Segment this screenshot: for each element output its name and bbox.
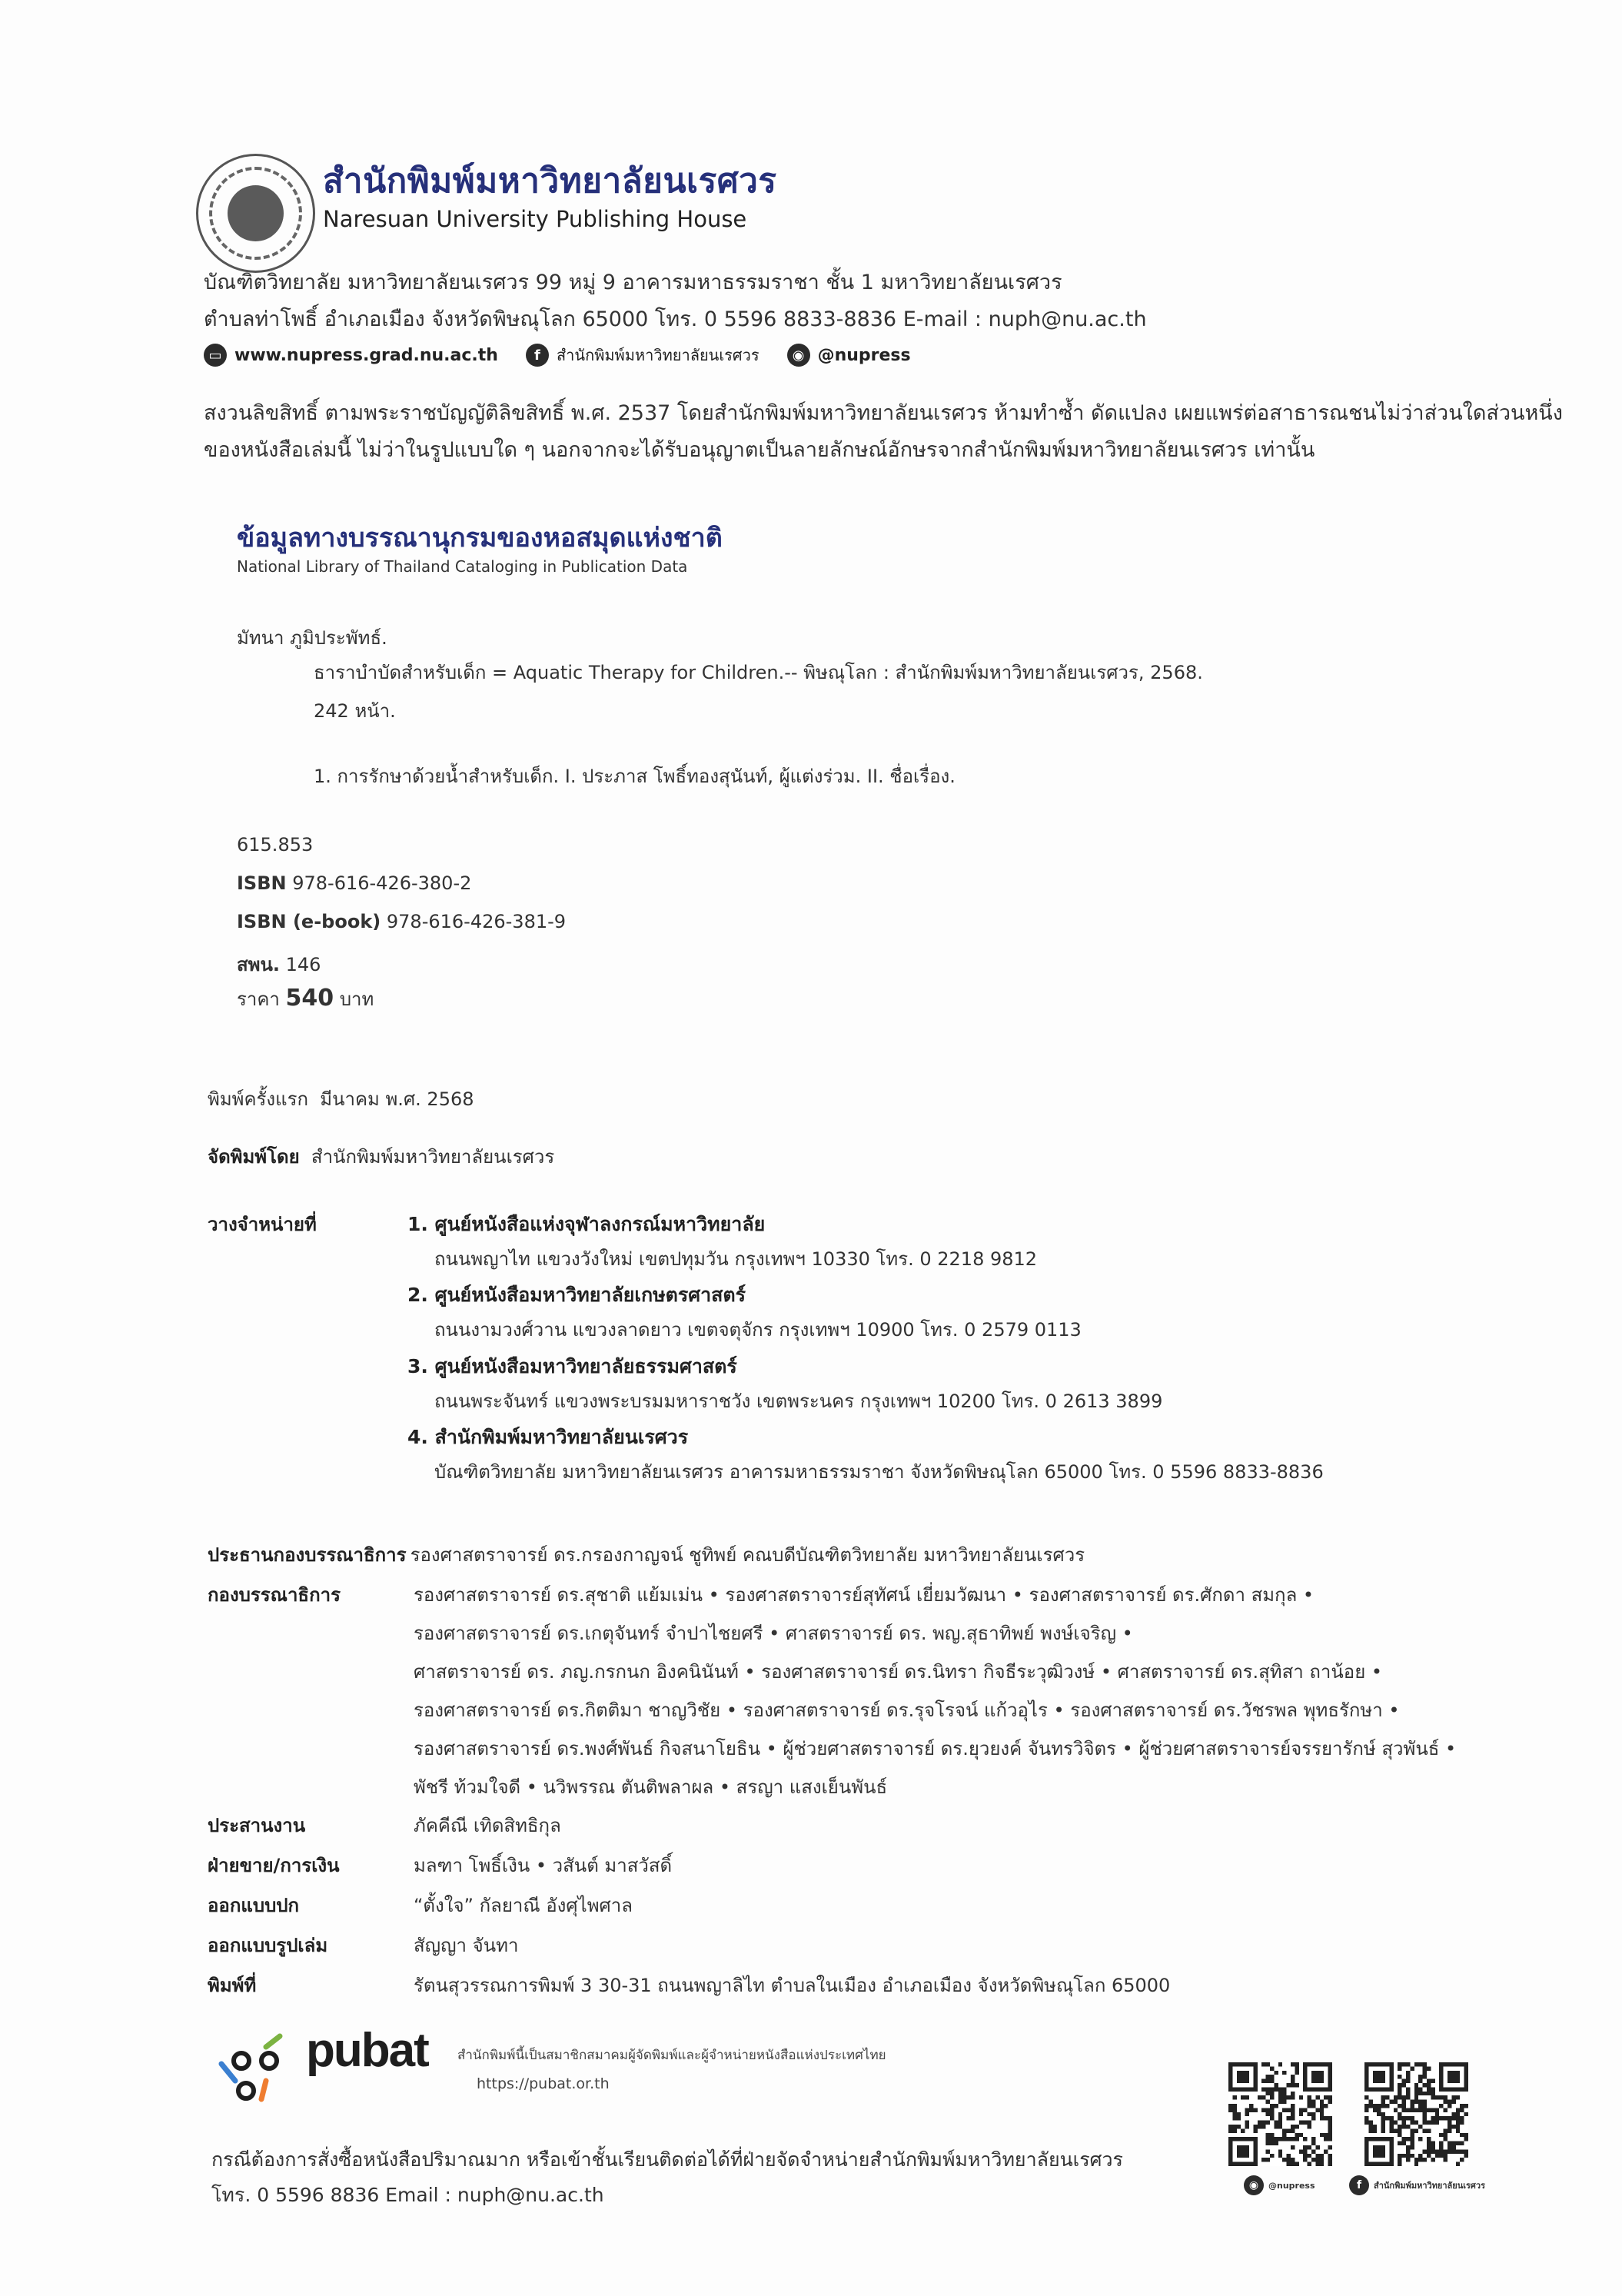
credit-value: “ตั้งใจ” กัลยาณี อังศุไพศาล — [414, 1890, 633, 1920]
line-icon: ◉ — [1244, 2175, 1264, 2195]
editorial-board-line: ศาสตราจารย์ ดร. ภญ.กรกนก อิงคนินันท์ • ร… — [414, 1656, 1382, 1686]
facebook-icon: f — [1349, 2175, 1369, 2195]
bulk-order-note: กรณีต้องการสั่งซื้อหนังสือปริมาณมาก หรือ… — [211, 2145, 1123, 2175]
isbn-ebook: ISBN (e-book) 978-616-426-381-9 — [237, 911, 566, 932]
bulk-order-contact: โทร. 0 5596 8836 Email : nuph@nu.ac.th — [211, 2180, 604, 2211]
price: ราคา 540 บาท — [237, 984, 374, 1014]
isbn-label: ISBN — [237, 872, 287, 894]
nu-label: สพน. — [237, 954, 280, 975]
isbn-value: 978-616-426-380-2 — [292, 872, 471, 894]
distributor-1-name: 1. ศูนย์หนังสือแห่งจุฬาลงกรณ์มหาวิทยาลัย — [407, 1209, 765, 1240]
credit-label: ประสานงาน — [208, 1810, 305, 1840]
publisher-name-en: Naresuan University Publishing House — [323, 206, 746, 232]
credit-label: ออกแบบรูปเล่ม — [208, 1930, 327, 1960]
edition: พิมพ์ครั้งแรก มีนาคม พ.ศ. 2568 — [208, 1084, 474, 1114]
published-by: จัดพิมพ์โดย สำนักพิมพ์มหาวิทยาลัยนเรศวร — [208, 1141, 554, 1171]
pubat-description: สำนักพิมพ์นี้เป็นสมาชิกสมาคมผู้จัดพิมพ์แ… — [457, 2045, 886, 2065]
copyright-notice-line2: ของหนังสือเล่มนี้ ไม่ว่าในรูปแบบใด ๆ นอก… — [204, 433, 1315, 466]
distributor-4-address: บัณฑิตวิทยาลัย มหาวิทยาลัยนเรศวร อาคารมห… — [434, 1457, 1324, 1487]
credit-value: รัตนสุวรรณการพิมพ์ 3 30-31 ถนนพญาลิไท ตำ… — [414, 1970, 1170, 2000]
distributor-4-name: 4. สำนักพิมพ์มหาวิทยาลัยนเรศวร — [407, 1422, 688, 1453]
isbn-ebook-value: 978-616-426-381-9 — [387, 911, 566, 932]
qr-code-facebook[interactable] — [1364, 2062, 1468, 2166]
editorial-board-label: กองบรรณาธิการ — [208, 1580, 341, 1610]
facebook-icon: f — [526, 344, 549, 367]
pubat-url[interactable]: https://pubat.or.th — [477, 2075, 610, 2092]
editorial-board-line: รองศาสตราจารย์ ดร.กิตติมา ชาญวิชัย • รอง… — [414, 1695, 1399, 1725]
nu-value: 146 — [286, 954, 321, 975]
pubat-logo-icon — [215, 2033, 300, 2102]
publisher-name-th: สำนักพิมพ์มหาวิทยาลัยนเรศวร — [323, 154, 776, 208]
publisher-address-line2: ตำบลท่าโพธิ์ อำเภอเมือง จังหวัดพิษณุโลก … — [204, 302, 1147, 335]
line-link[interactable]: @nupress — [818, 346, 911, 365]
editorial-board-line: รองศาสตราจารย์ ดร.สุชาติ แย้มเม่น • รองศ… — [414, 1580, 1314, 1610]
credit-value: ภัคคีณี เทิดสิทธิกุล — [414, 1810, 561, 1840]
credit-value: สัญญา จันทา — [414, 1930, 518, 1960]
qr-caption-line: ◉ @nupress — [1244, 2175, 1315, 2195]
credit-label: ออกแบบปก — [208, 1890, 299, 1920]
line-icon: ◉ — [787, 344, 810, 367]
editorial-chair-value: รองศาสตราจารย์ ดร.กรองกาญจน์ ชูทิพย์ คณบ… — [410, 1544, 1085, 1566]
cip-subjects: 1. การรักษาด้วยน้ำสำหรับเด็ก. I. ประภาส … — [314, 761, 956, 791]
cip-author: มัทนา ภูมิประพัทธ์. — [237, 623, 387, 653]
editorial-board-line: รองศาสตราจารย์ ดร.เกตุจันทร์ จำปาไชยศรี … — [414, 1618, 1133, 1648]
cip-title-th: ข้อมูลทางบรรณานุกรมของหอสมุดแห่งชาติ — [237, 517, 723, 558]
distributor-1-address: ถนนพญาไท แขวงวังใหม่ เขตปทุมวัน กรุงเทพฯ… — [434, 1244, 1037, 1274]
cip-title-line: ธาราบำบัดสำหรับเด็ก = Aquatic Therapy fo… — [314, 657, 1203, 687]
credit-value: มลฑา โพธิ์เงิน • วสันต์ มาสวัสดิ์ — [414, 1850, 672, 1880]
pubat-wordmark: pubat — [306, 2023, 428, 2078]
edition-label: พิมพ์ครั้งแรก — [208, 1088, 308, 1110]
cip-pages: 242 หน้า. — [314, 696, 396, 726]
edition-date: มีนาคม พ.ศ. 2568 — [320, 1088, 474, 1110]
distributor-3-address: ถนนพระจันทร์ แขวงพระบรมมหาราชวัง เขตพระน… — [434, 1386, 1162, 1416]
nu-number: สพน. 146 — [237, 949, 321, 979]
social-links: ▭ www.nupress.grad.nu.ac.th f สำนักพิมพ์… — [204, 343, 911, 367]
publisher-address-line1: บัณฑิตวิทยาลัย มหาวิทยาลัยนเรศวร 99 หมู่… — [204, 265, 1062, 298]
facebook-link[interactable]: สำนักพิมพ์มหาวิทยาลัยนเรศวร — [557, 343, 759, 367]
website-link[interactable]: www.nupress.grad.nu.ac.th — [234, 346, 498, 365]
isbn-print: ISBN 978-616-426-380-2 — [237, 872, 471, 894]
isbn-ebook-label: ISBN (e-book) — [237, 911, 381, 932]
distributor-2-name: 2. ศูนย์หนังสือมหาวิทยาลัยเกษตรศาสตร์ — [407, 1280, 746, 1311]
credit-label: ฝ่ายขาย/การเงิน — [208, 1850, 340, 1880]
editorial-chair: ประธานกองบรรณาธิการ รองศาสตราจารย์ ดร.กร… — [208, 1540, 1085, 1570]
price-value: 540 — [286, 985, 334, 1012]
credit-label: พิมพ์ที่ — [208, 1970, 256, 2000]
publisher-seal-logo — [196, 154, 315, 273]
distributor-3-name: 3. ศูนย์หนังสือมหาวิทยาลัยธรรมศาสตร์ — [407, 1351, 737, 1382]
cip-classification: 615.853 — [237, 834, 313, 856]
editorial-board-line: รองศาสตราจารย์ ดร.พงศ์พันธ์ กิจสนาโยธิน … — [414, 1733, 1456, 1763]
qr-code-line[interactable] — [1228, 2062, 1332, 2166]
website-icon: ▭ — [204, 344, 227, 367]
cip-title-en: National Library of Thailand Cataloging … — [237, 557, 687, 576]
price-label: ราคา — [237, 989, 280, 1010]
editorial-board-line: พัชรี ท้วมใจดี • นวิพรรณ ตันติพลาผล • สร… — [414, 1772, 887, 1802]
published-by-value: สำนักพิมพ์มหาวิทยาลัยนเรศวร — [311, 1146, 554, 1168]
qr-caption-facebook: f สำนักพิมพ์มหาวิทยาลัยนเรศวร — [1349, 2175, 1485, 2195]
copyright-notice-line1: สงวนลิขสิทธิ์ ตามพระราชบัญญัติลิขสิทธิ์ … — [204, 396, 1563, 429]
published-by-label: จัดพิมพ์โดย — [208, 1146, 300, 1168]
distribution-label: วางจำหน่ายที่ — [208, 1209, 317, 1239]
editorial-chair-label: ประธานกองบรรณาธิการ — [208, 1544, 407, 1566]
distributor-2-address: ถนนงามวงศ์วาน แขวงลาดยาว เขตจตุจักร กรุง… — [434, 1314, 1082, 1344]
price-unit: บาท — [340, 989, 374, 1010]
